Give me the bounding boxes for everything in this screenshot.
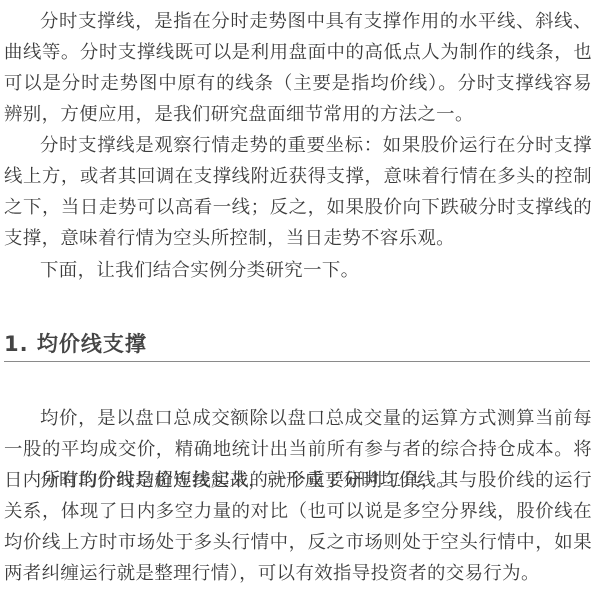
paragraph-support-line-significance: 分时支撑线是观察行情走势的重要坐标：如果股价运行在分时支撑线上方，或者其回调在支… [4,130,592,254]
heading-divider [4,361,590,362]
paragraph-average-price-line-usage: 分时均价线是超短线实战的一个重要研判工具，其与股价线的运行关系，体现了日内多空力… [4,465,592,589]
paragraph-transition: 下面，让我们结合实例分类研究一下。 [4,255,592,286]
section-heading: 1. 均价线支撑 [4,328,147,358]
paragraph-support-line-definition: 分时支撑线，是指在分时走势图中具有支撑作用的水平线、斜线、曲线等。分时支撑线既可… [4,6,592,130]
